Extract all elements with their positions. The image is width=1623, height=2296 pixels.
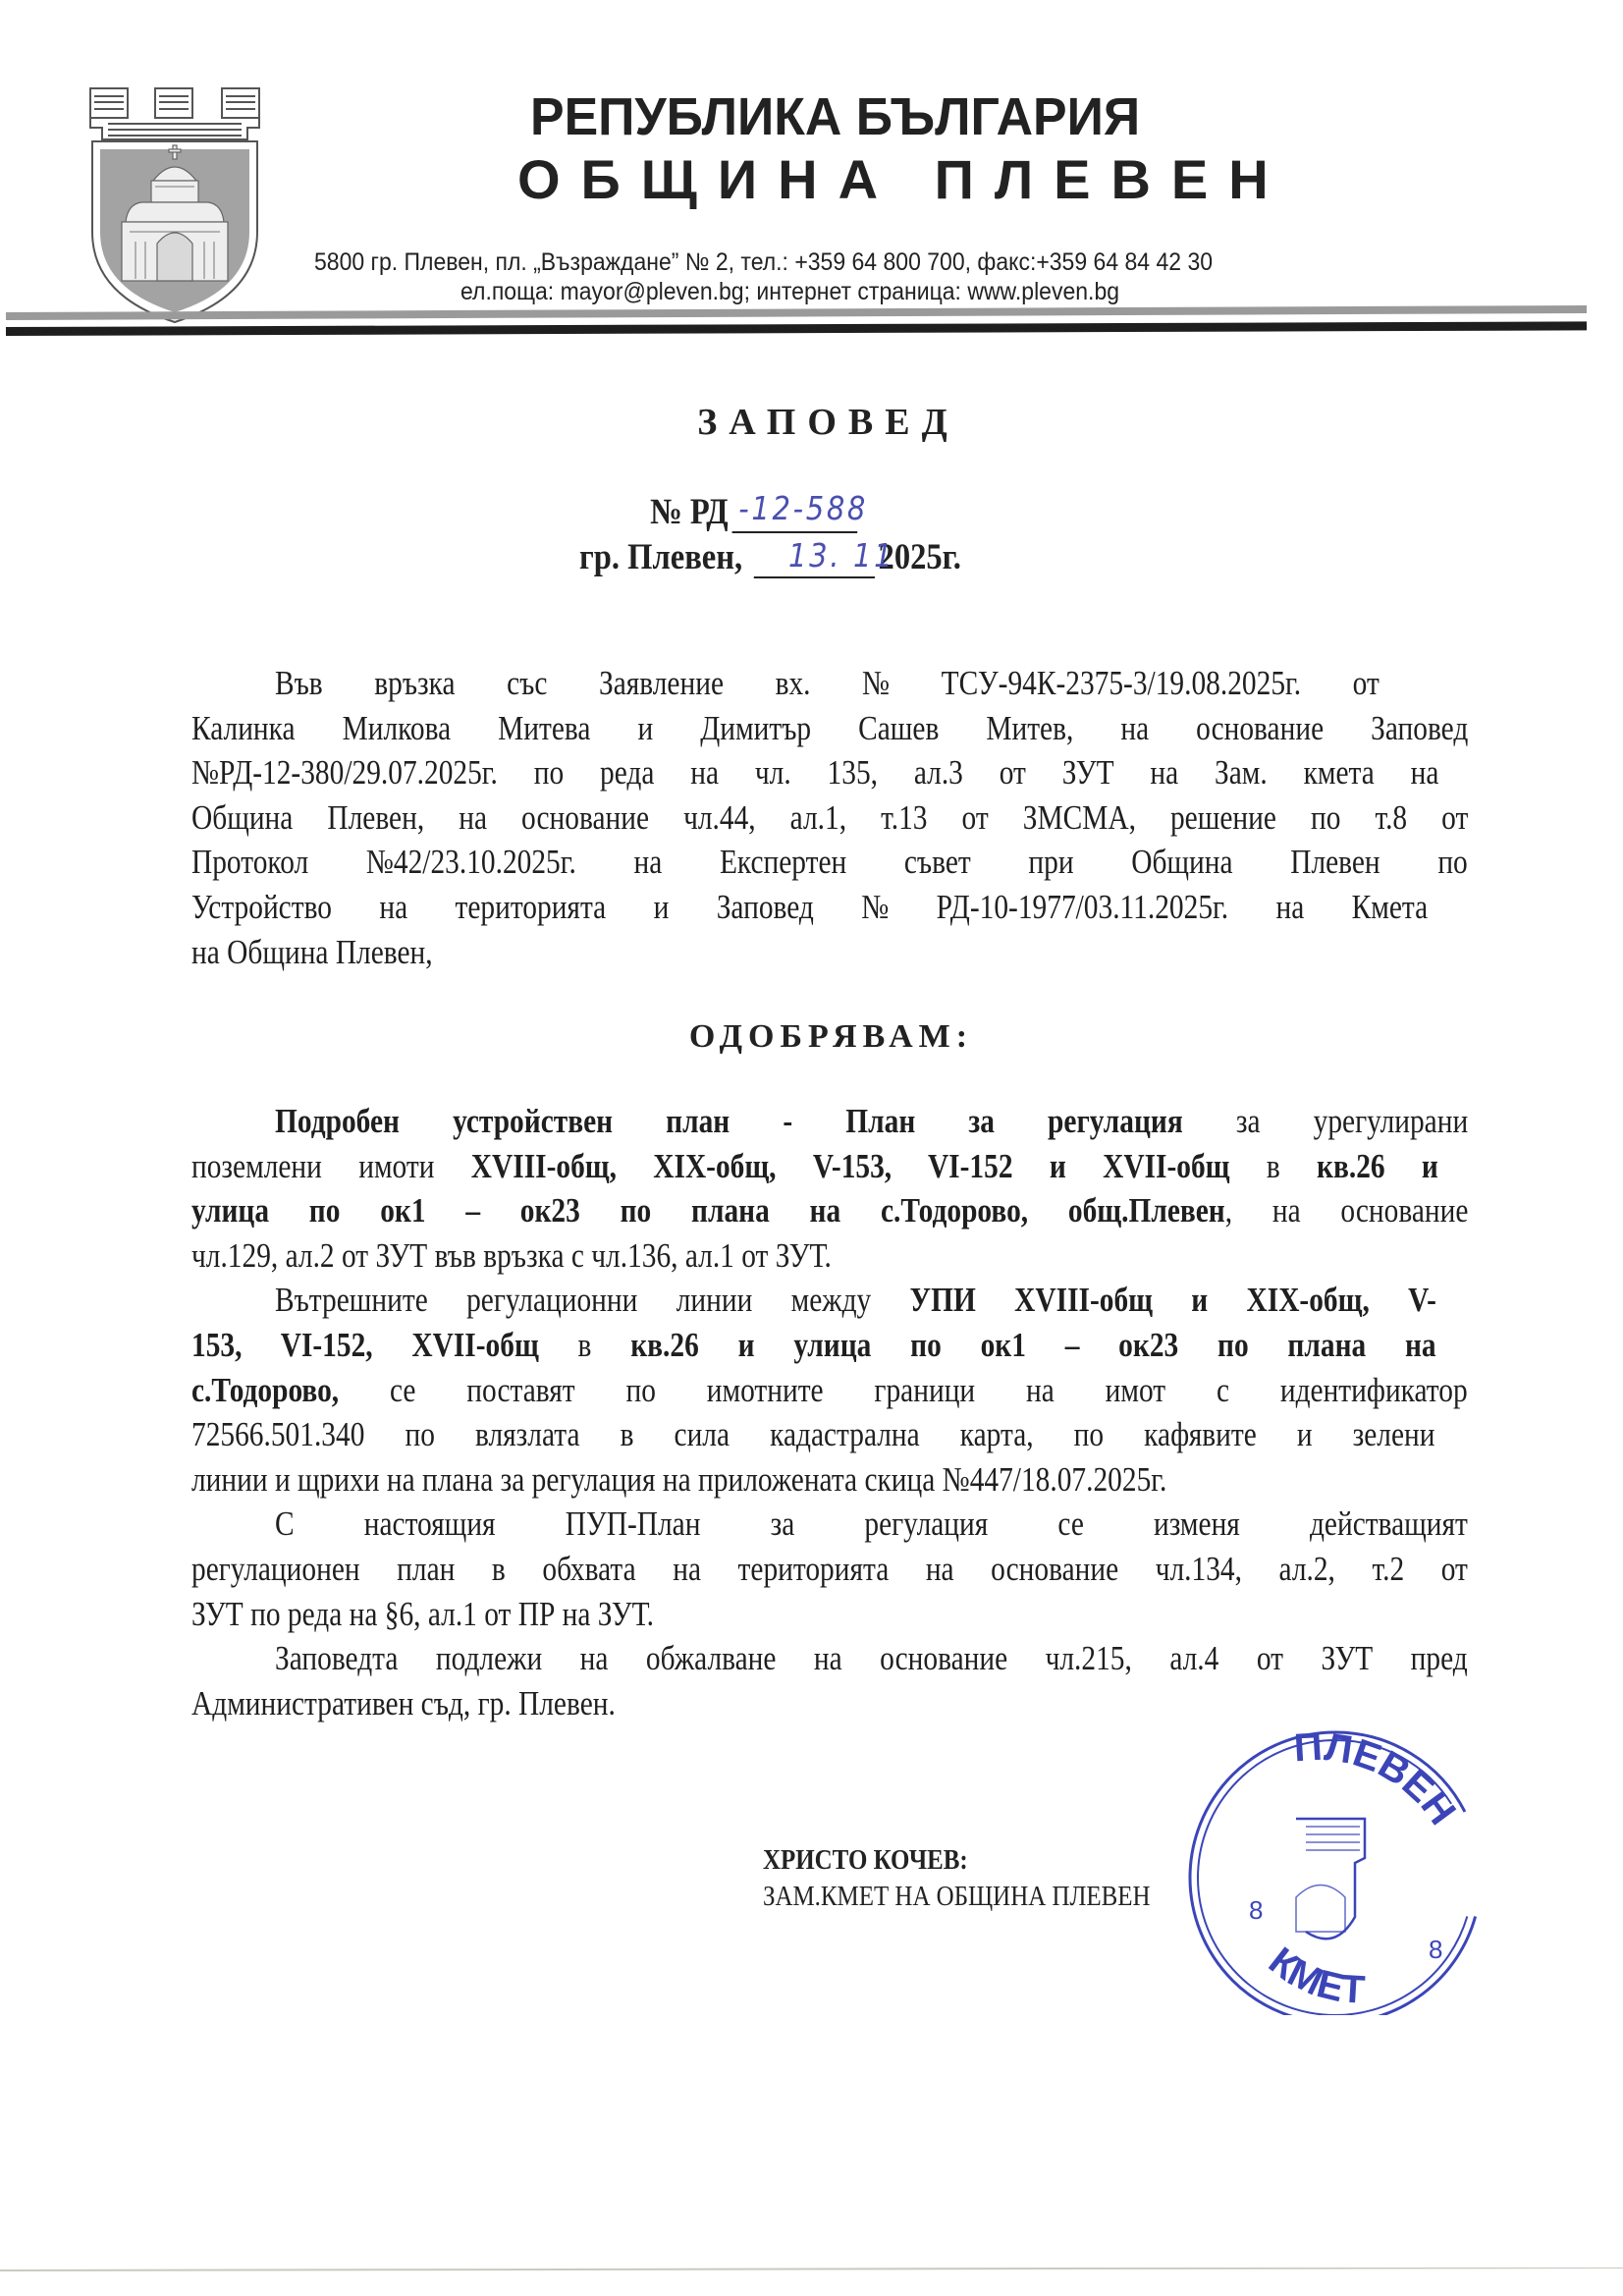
bold-text: 153, VI-152, XVII-общ	[191, 1326, 539, 1364]
text: на Община Плевен,	[191, 933, 433, 971]
p3-line: ЗУТ по реда на §6, ал.1 от ПР на ЗУТ.	[191, 1595, 654, 1634]
text: Протокол №42/23.10.2025г. на Експертен с…	[191, 843, 1468, 881]
p3-line: регулационен план в обхвата на територия…	[191, 1550, 1468, 1589]
text: №РД-12-380/29.07.2025г. по реда на чл. 1…	[191, 753, 1438, 792]
p2-line: 72566.501.340 по влязлата в сила кадастр…	[191, 1415, 1434, 1454]
text: Заповедта подлежи на обжалване на основа…	[275, 1639, 1468, 1677]
p4-line: Заповедта подлежи на обжалване на основа…	[275, 1639, 1468, 1678]
text: в	[539, 1326, 630, 1364]
preamble-line: Устройство на територията и Заповед № РД…	[191, 888, 1428, 927]
bold-text: кв.26 и улица по ок1 – ок23 по плана на	[630, 1326, 1435, 1364]
bold-text: УПИ XVIII-общ и XIX-общ, V-	[910, 1281, 1436, 1319]
bold-text: XVIII-общ, XIX-общ, V-153, VI-152 и XVII…	[471, 1147, 1230, 1185]
text: за урегулирани	[1183, 1102, 1468, 1140]
body-text: Във връзка със Заявление вх. № ТСУ-94К-2…	[191, 0, 1468, 2296]
p2-line: с.Тодорово, се поставят по имотните гран…	[191, 1371, 1468, 1410]
text: поземлени имоти	[191, 1147, 471, 1185]
p2-line: 153, VI-152, XVII-общ в кв.26 и улица по…	[191, 1326, 1436, 1365]
preamble-line: Община Плевен, на основание чл.44, ал.1,…	[191, 798, 1468, 838]
p2-line: Вътрешните регулационни линии между УПИ …	[275, 1281, 1436, 1320]
bold-text: улица по ок1 – ок23 по плана на с.Тодоро…	[191, 1191, 1225, 1230]
text: ЗУТ по реда на §6, ал.1 от ПР на ЗУТ.	[191, 1595, 654, 1633]
p1-line: Подробен устройствен план - План за регу…	[275, 1102, 1468, 1141]
p2-line: линии и щрихи на плана за регулация на п…	[191, 1460, 1166, 1500]
bold-text: Подробен устройствен план - План за регу…	[275, 1102, 1183, 1140]
p1-line: улица по ок1 – ок23 по плана на с.Тодоро…	[191, 1191, 1468, 1230]
preamble-line: Във връзка със Заявление вх. № ТСУ-94К-2…	[275, 664, 1380, 703]
text: , на основание	[1225, 1191, 1469, 1230]
text: регулационен план в обхвата на територия…	[191, 1550, 1468, 1588]
text: Вътрешните регулационни линии между	[275, 1281, 910, 1319]
preamble-line: на Община Плевен,	[191, 933, 433, 972]
text: 72566.501.340 по влязлата в сила кадастр…	[191, 1415, 1434, 1453]
p1-line: чл.129, ал.2 от ЗУТ във връзка с чл.136,…	[191, 1236, 832, 1276]
text: Община Плевен, на основание чл.44, ал.1,…	[191, 798, 1468, 837]
bold-text: кв.26 и	[1317, 1147, 1438, 1185]
p4-line: Административен съд, гр. Плевен.	[191, 1684, 616, 1723]
text: Административен съд, гр. Плевен.	[191, 1684, 616, 1722]
text: Във връзка със Заявление вх. № ТСУ-94К-2…	[275, 664, 1380, 702]
text: чл.129, ал.2 от ЗУТ във връзка с чл.136,…	[191, 1236, 832, 1275]
p3-line: С настоящия ПУП-План за регулация се изм…	[275, 1504, 1468, 1544]
bold-text: с.Тодорово,	[191, 1371, 339, 1409]
text: Калинка Милкова Митева и Димитър Сашев М…	[191, 709, 1468, 747]
preamble-line: №РД-12-380/29.07.2025г. по реда на чл. 1…	[191, 753, 1438, 793]
p1-line: поземлени имоти XVIII-общ, XIX-общ, V-15…	[191, 1147, 1438, 1186]
text: линии и щрихи на плана за регулация на п…	[191, 1460, 1166, 1499]
text: Устройство на територията и Заповед № РД…	[191, 888, 1428, 926]
text: в	[1229, 1147, 1317, 1185]
preamble-line: Калинка Милкова Митева и Димитър Сашев М…	[191, 709, 1468, 748]
text: се поставят по имотните граници на имот …	[339, 1371, 1468, 1409]
text: С настоящия ПУП-План за регулация се изм…	[275, 1504, 1468, 1543]
preamble-line: Протокол №42/23.10.2025г. на Експертен с…	[191, 843, 1468, 882]
document-page: РЕПУБЛИКА БЪЛГАРИЯ ОБЩИНА ПЛЕВЕН 5800 гр…	[0, 0, 1623, 2296]
